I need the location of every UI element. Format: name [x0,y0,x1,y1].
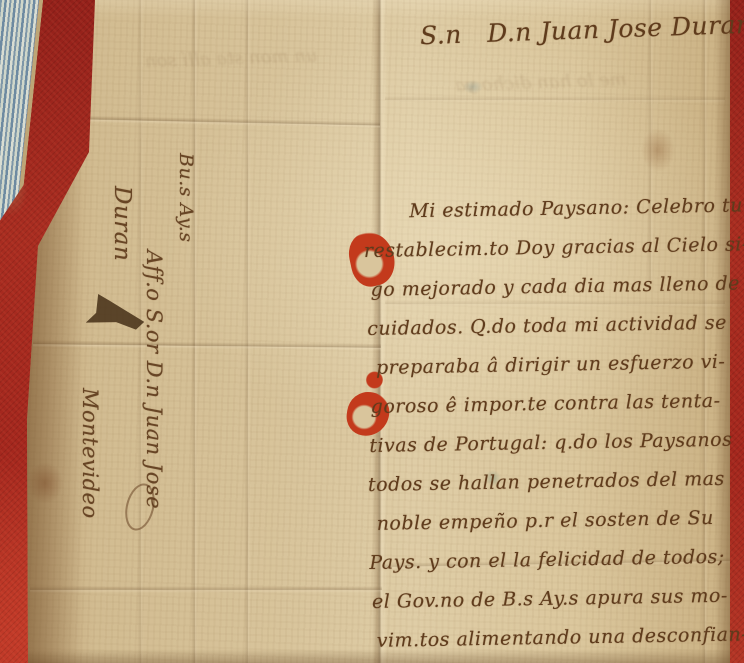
body-line: goroso ê impor.te contra las tenta- [366,382,711,427]
fold-crease-vertical [244,0,251,663]
body-line: el Gov.no de B.s Ay.s apura sus mo- [370,577,715,622]
body-line: noble empeño p.r el sosten de Su [368,499,713,544]
address-line: Duran [106,138,138,624]
bleed-through-text: un mon sta allí son [145,45,318,72]
body-line: tivas de Portugal: q.do los Paysanos [367,421,712,466]
body-line: Mi estimado Paysano: Celebro tu [363,187,708,232]
address-panel: Bu.s Ay.s Aff.o S.or D.n Juan Jose Duran… [70,138,202,624]
address-line: Aff.o S.or D.n Juan Jose [138,138,170,624]
brown-stain [27,462,63,504]
body-line: restablecim.to Doy gracias al Cielo si- [364,226,709,271]
body-line: todos se hallan penetrados del mas [368,460,713,505]
letter-body: Mi estimado Paysano: Celebro tu restable… [363,187,715,661]
fold-crease-horizontal [385,96,725,103]
brown-stain [641,128,675,172]
bleed-through-text: me lo han dicho ya [455,69,627,96]
body-line: go mejorado y cada dia mas lleno de [364,265,709,310]
letter-photo: un mon sta allí son me lo han dicho ya S… [0,0,744,663]
body-line: vim.tos alimentando una desconfian- [370,616,715,661]
address-line: Montevideo [74,138,106,624]
body-line: Pays. y con el la felicidad de todos; [369,538,714,583]
body-line: cuidados. Q.do toda mi actividad se [365,304,710,349]
body-line: preparaba â dirigir un esfuerzo vi- [366,343,711,388]
address-line: Bu.s Ay.s [170,138,202,624]
